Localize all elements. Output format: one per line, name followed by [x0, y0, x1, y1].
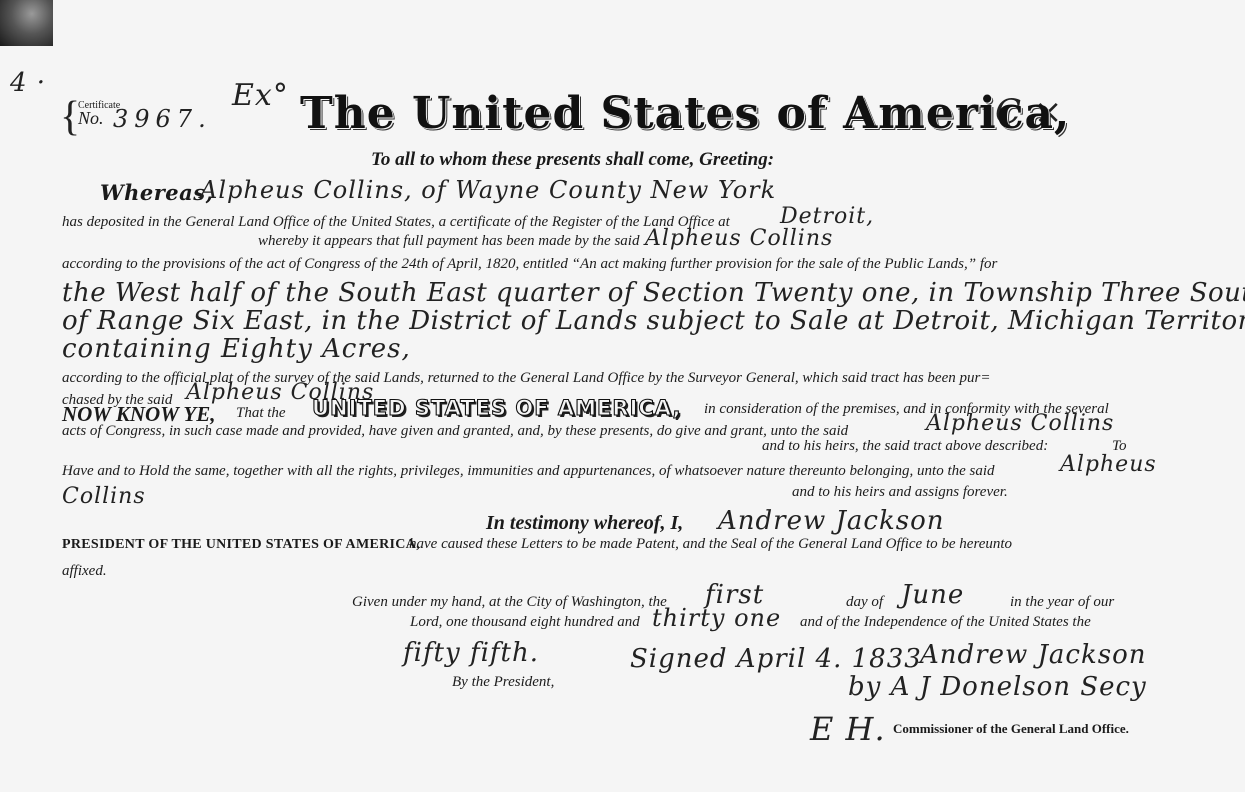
affixed-text: affixed.	[62, 563, 107, 580]
document-page: 4 · Ex° C × { Certificate No. 3967. The …	[0, 0, 1245, 792]
lord-text: Lord, one thousand eight hundred and	[410, 614, 640, 631]
secretary-signature: by A J Donelson Secy	[848, 672, 1147, 702]
caused-text: have caused these Letters to be made Pat…	[409, 536, 1012, 553]
year-of-our-text: in the year of our	[1010, 594, 1114, 611]
by-the-president: By the President,	[452, 674, 554, 691]
independence-text: and of the Independence of the United St…	[800, 614, 1091, 631]
day-of-text: day of	[846, 594, 883, 611]
margin-note-number: 4 ·	[10, 68, 46, 98]
whereas-lead: Whereas,	[100, 180, 213, 205]
president-signature: Andrew Jackson	[920, 640, 1146, 670]
margin-note-initials: Ex°	[232, 78, 289, 113]
independence-year: fifty fifth.	[403, 638, 539, 668]
payer-name: Alpheus Collins	[645, 226, 833, 251]
document-title: The United States of America,	[300, 88, 1070, 139]
grantee-last-name: Collins	[62, 484, 146, 509]
greeting: To all to whom these presents shall come…	[371, 149, 774, 171]
acts-text: acts of Congress, in such case made and …	[62, 423, 848, 440]
grantee-name: Alpheus Collins	[926, 411, 1114, 436]
deposited-text: has deposited in the General Land Office…	[62, 214, 730, 231]
assigns-text: and to his heirs and assigns forever.	[792, 484, 1008, 501]
land-description-line-1: the West half of the South East quarter …	[62, 278, 1245, 308]
given-text: Given under my hand, at the City of Wash…	[352, 594, 667, 611]
land-description-line-2: of Range Six East, in the District of La…	[62, 306, 1245, 336]
grantee-residence: Alpheus Collins, of Wayne County New Yor…	[200, 176, 776, 204]
and-to-his-heirs: and to his heirs, the said tract above d…	[762, 438, 1048, 455]
signed-date-note: Signed April 4. 1833	[630, 644, 922, 674]
whereby-text: whereby it appears that full payment has…	[258, 233, 639, 250]
commissioner-title: Commissioner of the General Land Office.	[893, 721, 1129, 737]
testimony-lead: In testimony whereof, I,	[486, 512, 683, 535]
scan-artifact	[0, 0, 53, 46]
president-title: PRESIDENT OF THE UNITED STATES OF AMERIC…	[62, 537, 420, 553]
usa-caps-heading: UNITED STATES OF AMERICA,	[312, 396, 681, 420]
given-year: thirty one	[652, 604, 781, 632]
president-name: Andrew Jackson	[718, 506, 944, 536]
land-description-line-3: containing Eighty Acres,	[62, 334, 411, 364]
certificate-number: 3967.	[113, 105, 212, 133]
according-text: according to the provisions of the act o…	[62, 256, 997, 273]
certificate-no-prefix: No.	[78, 108, 104, 129]
have-hold-text: Have and to Hold the same, together with…	[62, 463, 995, 480]
grantee-first-name: Alpheus	[1060, 452, 1157, 477]
that-the: That the	[236, 405, 286, 422]
given-month: June	[901, 580, 964, 610]
commissioner-initials: E H.	[810, 710, 886, 748]
